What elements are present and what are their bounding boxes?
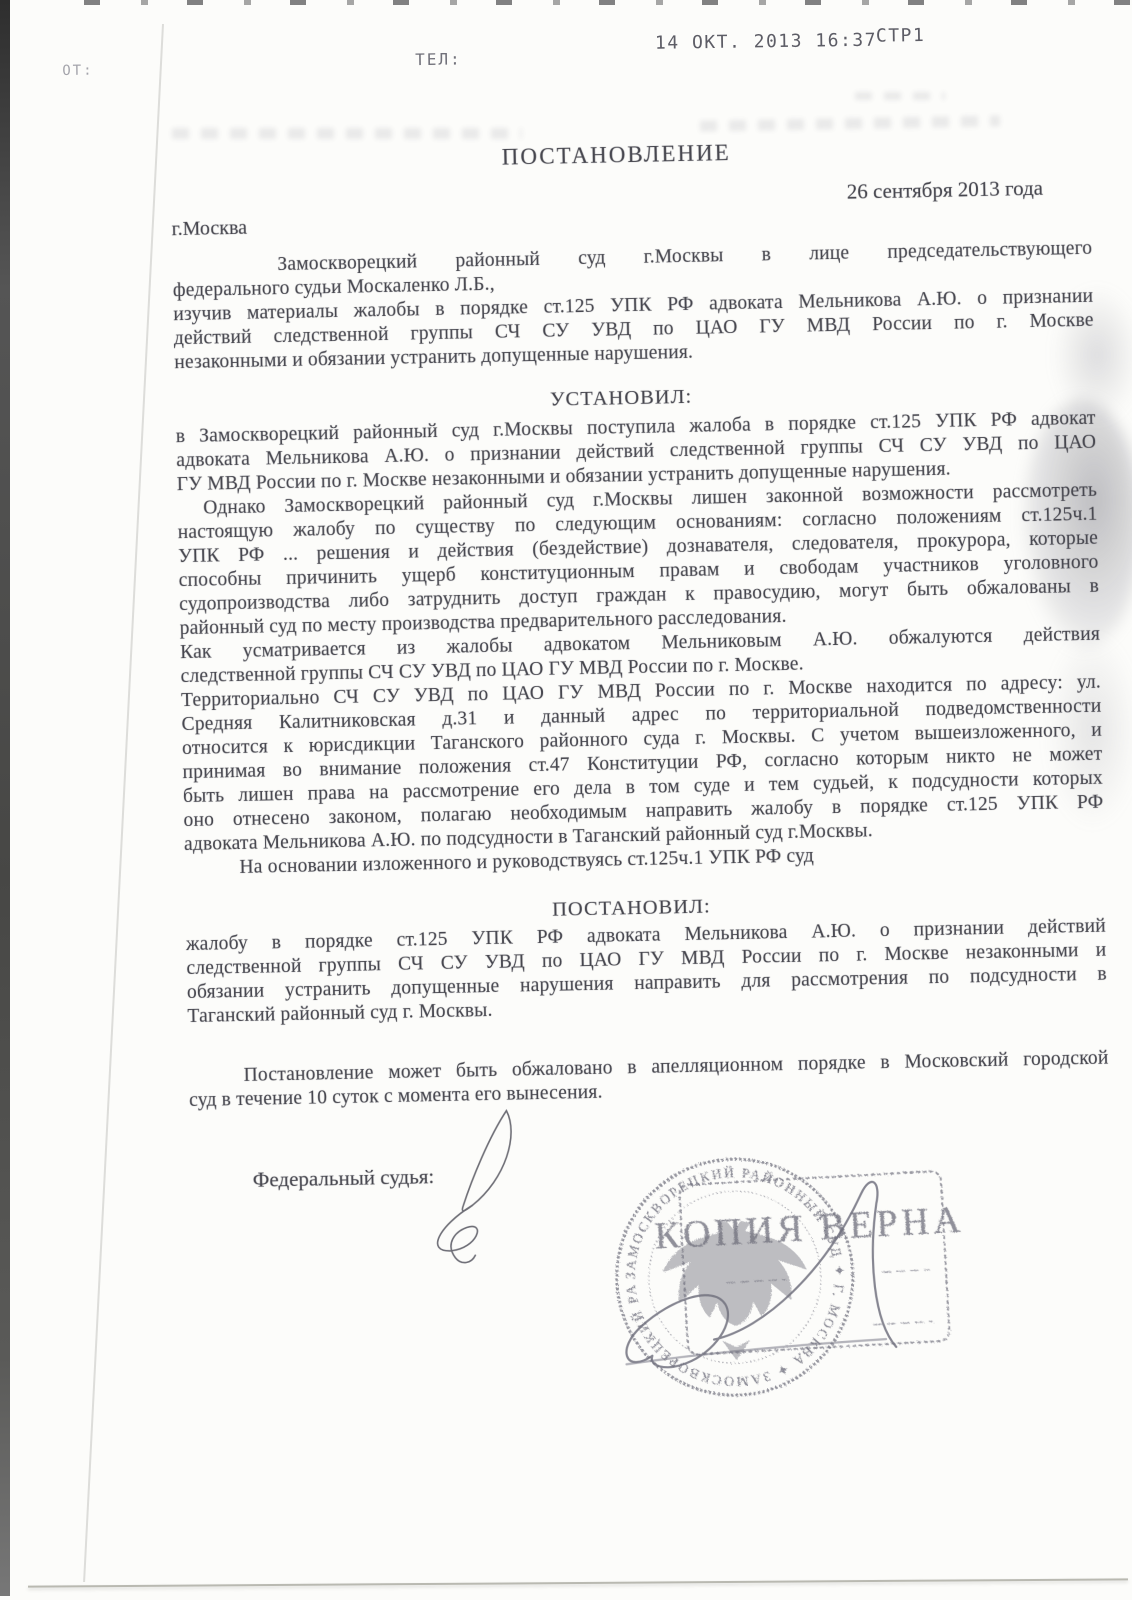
ghost-text-smear <box>700 115 1000 131</box>
scanned-court-document: ОТ: ТЕЛ: 14 ОКТ. 2013 16:37 СТР1 ПОСТАНО… <box>0 0 1132 1600</box>
appeal-paragraph: Постановление может быть обжаловано в ап… <box>188 1047 1109 1113</box>
scanner-edge-strip <box>0 0 10 1596</box>
ustanovil-paragraphs: в Замоскворецкий районный суд г.Москвы п… <box>176 407 1105 881</box>
judge-signature <box>414 1102 557 1275</box>
document-title: ПОСТАНОВЛЕНИЕ <box>170 133 1090 177</box>
document-body: ПОСТАНОВЛЕНИЕ 26 сентября 2013 года г.Мо… <box>170 133 1111 1194</box>
ghost-text-smear <box>172 128 522 139</box>
court-stamp-group: ЗАМОСКВОРЕЦКИЙ РАЙОННЫЙ СУД ✦ Г. МОСКВА … <box>560 1107 997 1446</box>
copy-stamp-text: КОПИЯ ВЕРНА <box>654 1199 966 1258</box>
fax-from-label: ОТ: <box>62 63 94 79</box>
fax-datetime: 14 ОКТ. 2013 16:37 <box>655 30 877 54</box>
ghost-text-smear <box>855 92 945 100</box>
intro-paragraph: Замоскворецкий районный суд г.Москвы в л… <box>172 237 1094 375</box>
postanovil-paragraph: жалобу в порядке ст.125 УПК РФ адвоката … <box>186 915 1108 1029</box>
fax-page-number: СТР1 <box>876 25 926 47</box>
paper-bottom-edge <box>28 1578 1128 1587</box>
paper-fold-line <box>83 24 164 1582</box>
judge-label: Федеральный судья: <box>253 1164 435 1192</box>
fax-tel-label: ТЕЛ: <box>415 49 462 69</box>
fax-header: ОТ: ТЕЛ: 14 ОКТ. 2013 16:37 СТР1 <box>0 0 1132 98</box>
